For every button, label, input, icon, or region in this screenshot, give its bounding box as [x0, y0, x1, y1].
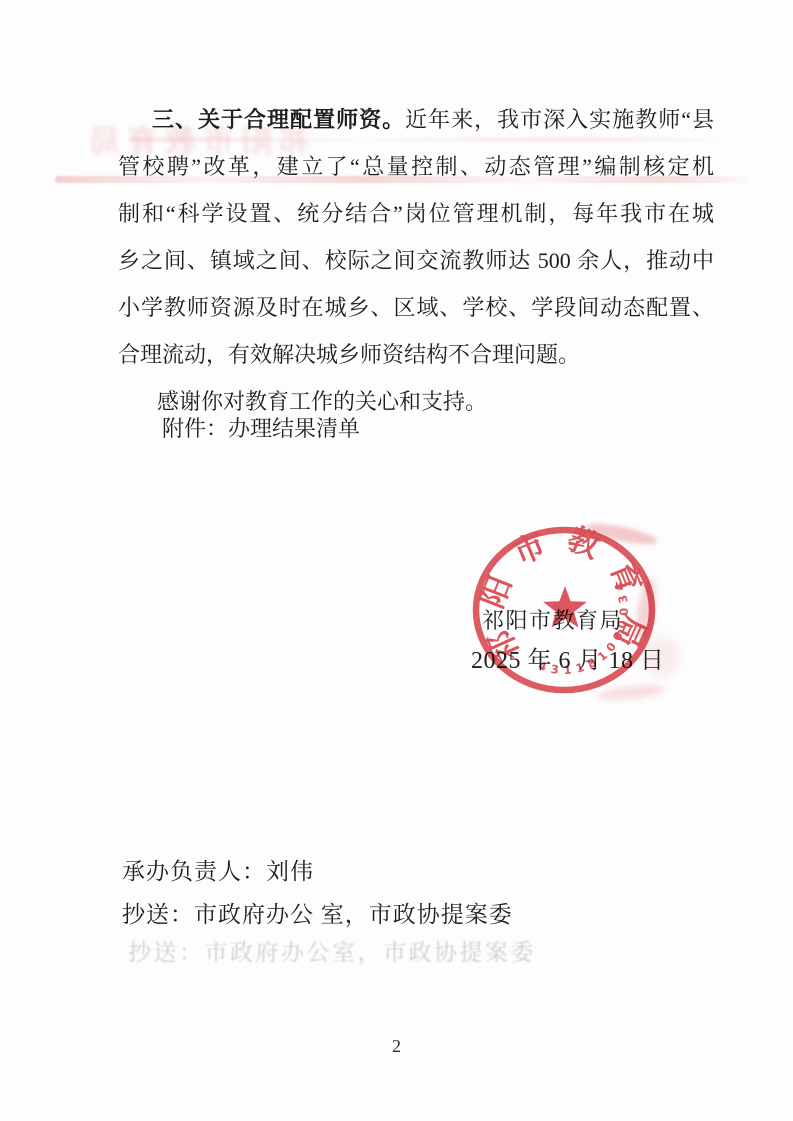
- paragraph-line: 三、关于合理配置师资。近年来，我市深入实施教师“县: [118, 96, 714, 143]
- paragraph-line: 小学教师资源及时在城乡、区域、学校、学段间动态配置、: [118, 284, 714, 331]
- page-number: 2: [0, 1036, 793, 1057]
- cc-line: 抄送：市政府办公 室，市政协提案委: [122, 896, 513, 929]
- body-text-block: 三、关于合理配置师资。近年来，我市深入实施教师“县 管校聘”改革，建立了“总量控…: [118, 96, 714, 425]
- paragraph-line: 乡之间、镇域之间、校际之间交流教师达 500 余人，推动中: [118, 237, 714, 284]
- cc-line-ghost-print: 抄送：市政府办公室，市政协提案委: [128, 934, 536, 967]
- seal-star-icon: [543, 586, 587, 628]
- paragraph-line-text: 近年来，我市深入实施教师“县: [405, 107, 714, 132]
- paragraph-line: 管校聘”改革，建立了“总量控制、动态管理”编制核定机: [118, 143, 714, 190]
- scanned-document-page: 祁阳市教育局 三、关于合理配置师资。近年来，我市深入实施教师“县 管校聘”改革，…: [0, 0, 793, 1121]
- official-seal: 祁阳市教育局 4311810000345: [468, 522, 664, 700]
- paragraph-line: 制和“科学设置、统分结合”岗位管理机制，每年我市在城: [118, 190, 714, 237]
- paragraph-heading: 三、关于合理配置师资。: [152, 107, 405, 132]
- undertaker-line: 承办负责人：刘伟: [122, 853, 314, 886]
- attachment-note: 附件：办理结果清单: [162, 412, 360, 446]
- paragraph-line: 合理流动，有效解决城乡师资结构不合理问题。: [118, 331, 714, 378]
